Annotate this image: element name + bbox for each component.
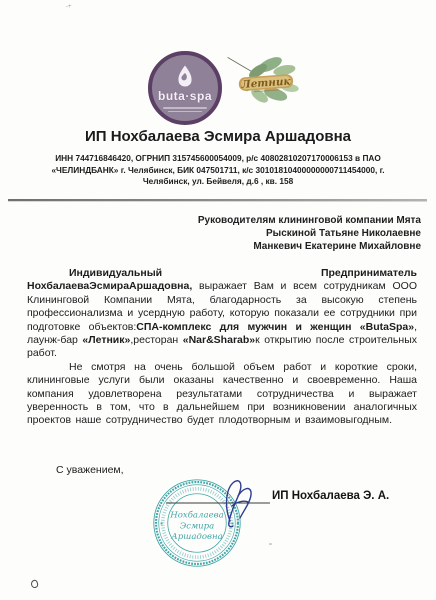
signer-name: ИП Нохбалаева Э. А. — [272, 490, 389, 502]
scanned-letter-page: buta·spa Летник ИП Нохбалаева Эсмира Арш… — [0, 0, 436, 600]
paragraph: Индивидуальный Предприниматель Нохбалаев… — [27, 267, 417, 361]
butaspa-logo-text: buta·spa — [158, 89, 212, 103]
butaspa-logo-subtext-line — [168, 111, 202, 113]
scan-speck — [269, 543, 272, 545]
company-name: ИП Нохбалаева Эсмира Аршадовна — [0, 128, 436, 145]
scan-speck — [30, 579, 39, 589]
stamp-line: Аршадовна — [170, 532, 222, 542]
letter-body: Индивидуальный Предприниматель Нохбалаев… — [27, 267, 417, 428]
requisites-line: Челябинск, ул. Бейвеля, д.6 , кв. 158 — [18, 176, 418, 188]
closing-salutation: С уважением, — [56, 464, 124, 476]
addressee-line: Манкевич Екатерине Михайловне — [198, 240, 421, 253]
signature-scribble — [227, 481, 252, 527]
butaspa-logo-subtext-line — [163, 107, 207, 109]
butaspa-logo: buta·spa — [148, 51, 222, 125]
letnik-logo: Летник — [226, 54, 306, 112]
addressee-line: Руководителям клининговой компании Мята — [198, 214, 421, 227]
handwritten-signature — [160, 476, 280, 531]
company-requisites: ИНН 744716846420, ОГРНИП 315745600054009… — [18, 153, 418, 188]
header-divider — [8, 199, 427, 202]
addressee-block: Руководителям клининговой компании Мята … — [198, 214, 421, 253]
requisites-line: «ЧЕЛИНДБАНК» г. Челябинск, БИК 047501711… — [18, 165, 418, 177]
stem-line — [228, 57, 255, 73]
drop-icon — [175, 64, 195, 88]
addressee-line: Рыскиной Татьяне Николаевне — [198, 227, 421, 240]
scan-speck: -+ — [66, 4, 72, 10]
requisites-line: ИНН 744716846420, ОГРНИП 315745600054009… — [18, 153, 418, 165]
paragraph: Не смотря на очень большой объем работ и… — [27, 361, 417, 428]
